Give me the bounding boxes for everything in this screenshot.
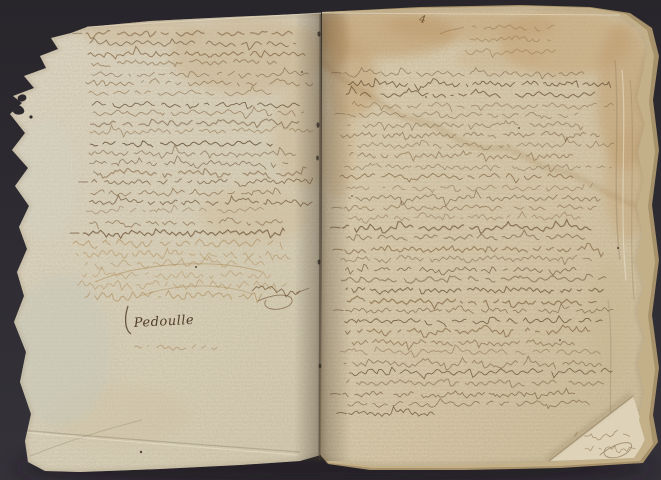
manuscript-scan: Pedoulle 4: [0, 0, 661, 480]
signature-text: Pedoulle: [132, 313, 194, 331]
gutter-crease: [320, 14, 321, 460]
gutter: [294, 13, 351, 461]
folio-number: 4: [418, 14, 427, 26]
left-page-texture: [5, 10, 335, 476]
manuscript-photo: Pedoulle 4: [0, 0, 661, 480]
